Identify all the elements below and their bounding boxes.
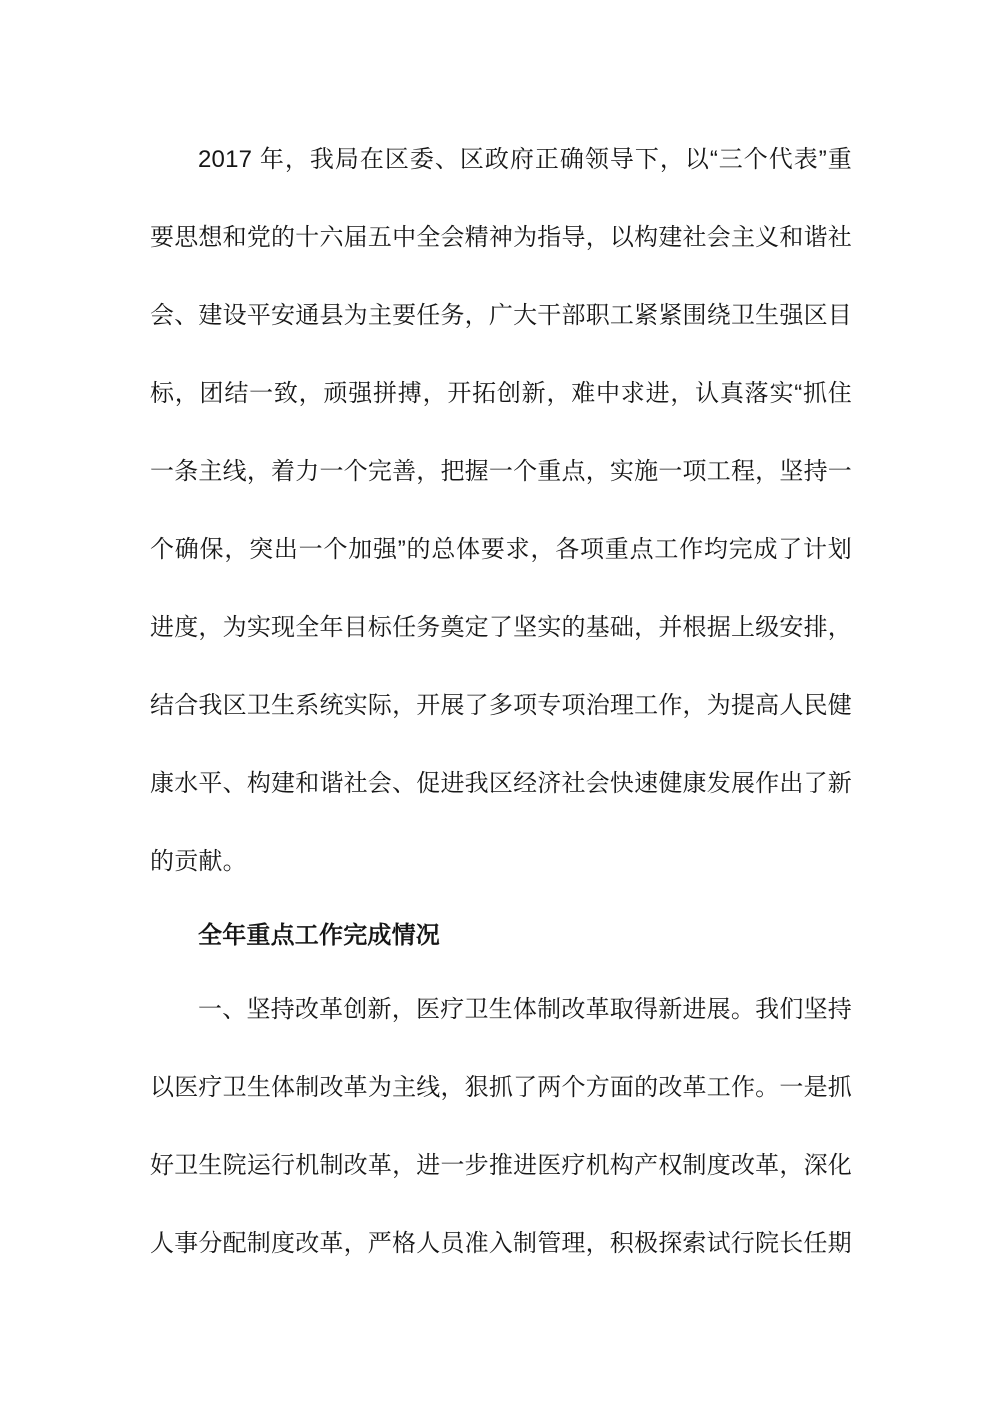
section-heading: 全年重点工作完成情况 xyxy=(150,901,852,971)
document-content: 2017 年，我局在区委、区政府正确领导下，以“三个代表”重要思想和党的十六届五… xyxy=(150,121,852,1283)
section-paragraph: 一、坚持改革创新，医疗卫生体制改革取得新进展。我们坚持以医疗卫生体制改革为主线，… xyxy=(150,971,852,1283)
intro-paragraph: 2017 年，我局在区委、区政府正确领导下，以“三个代表”重要思想和党的十六届五… xyxy=(150,121,852,901)
document-page: 2017 年，我局在区委、区政府正确领导下，以“三个代表”重要思想和党的十六届五… xyxy=(0,0,1000,1415)
